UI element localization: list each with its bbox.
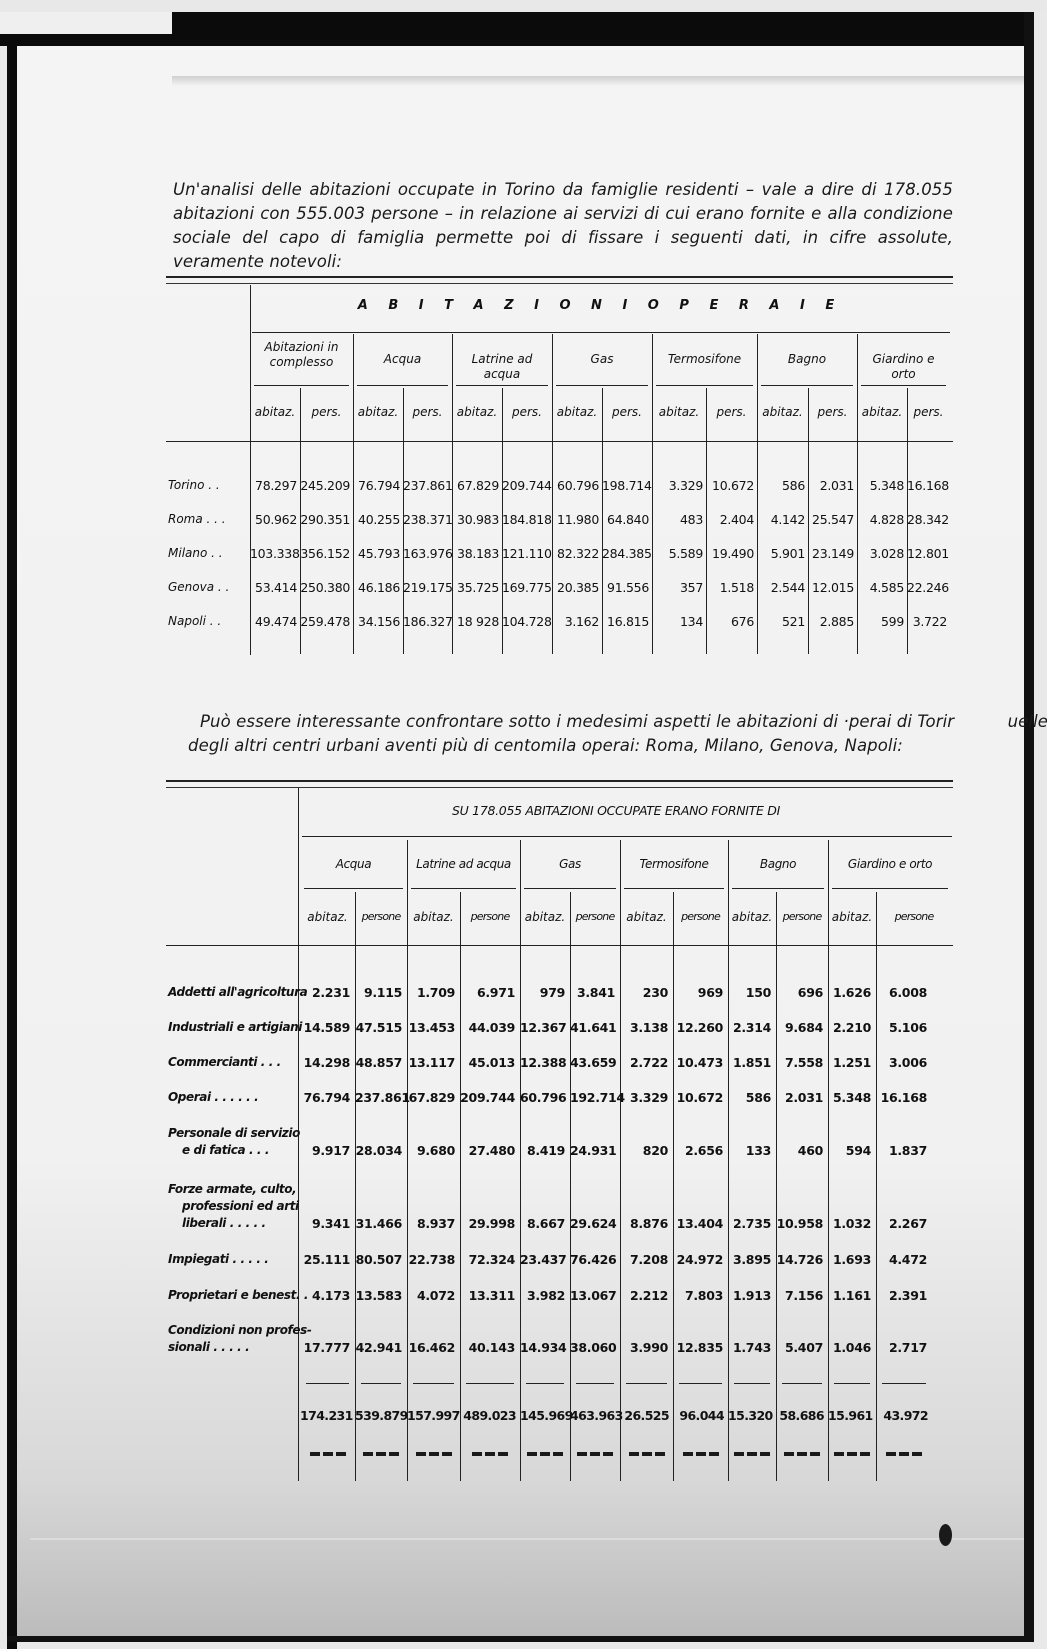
table2-cell: 1.032: [828, 1216, 871, 1231]
table2-subheader-persone: persone: [876, 910, 952, 923]
table2-cell: 2.656: [673, 1143, 723, 1158]
table1-group-underline: [761, 385, 853, 386]
table2-sub-divider: [460, 892, 461, 1481]
table1-cell: 121.110: [502, 546, 549, 561]
table2-total-cell: 463.963: [570, 1408, 616, 1423]
table2-total-dash: [310, 1452, 346, 1456]
table2-sub-divider: [673, 892, 674, 1481]
table1-cell: 22.246: [907, 580, 947, 595]
table2-total-cell: 157.997: [407, 1408, 456, 1423]
table1-cell: 10.672: [706, 478, 754, 493]
table2-cell: 14.726: [776, 1252, 823, 1267]
table2-cell: 8.667: [520, 1216, 565, 1231]
table2-row-label: professioni ed arti: [182, 1199, 299, 1213]
table1-cell: 4.585: [857, 580, 904, 595]
table2-cell: 12.835: [673, 1340, 723, 1355]
table1-cell: 16.815: [602, 614, 649, 629]
table2-cell: 594: [828, 1143, 871, 1158]
table2-row-label: Condizioni non profes-: [168, 1323, 311, 1337]
table2-total-rule: [466, 1383, 514, 1384]
scan-top-margin: [0, 0, 1047, 12]
table1-group-underline: [254, 385, 349, 386]
table2-group-header: Termosifone: [622, 857, 726, 871]
table2-cell: 9.684: [776, 1020, 823, 1035]
table1-cell: 25.547: [808, 512, 854, 527]
table2-cell: 13.117: [407, 1055, 455, 1070]
table1-label-divider: [250, 285, 251, 655]
scan-border-top-left: [0, 34, 172, 46]
table2-row-label: liberali . . . . .: [182, 1216, 266, 1230]
table1-subheader-pers: pers.: [602, 405, 652, 419]
table2-cell: 2.722: [620, 1055, 668, 1070]
table2-cell: 60.796: [520, 1090, 565, 1105]
table1-group-header: Termosifone: [654, 352, 755, 367]
table2-cell: 47.515: [355, 1020, 402, 1035]
table1-row-label: Roma . . .: [168, 512, 226, 526]
table1-title-rule: [252, 332, 950, 333]
table1-cell: 209.744: [502, 478, 549, 493]
table2-cell: 230: [620, 985, 668, 1000]
table2-total-rule: [526, 1383, 564, 1384]
table1-group-divider: [452, 334, 453, 654]
table2-cell: 9.115: [355, 985, 402, 1000]
table1-cell: 357: [652, 580, 703, 595]
table1-cell: 2.544: [757, 580, 805, 595]
table2-total-rule: [882, 1383, 926, 1384]
table2-cell: 41.641: [570, 1020, 615, 1035]
table2-cell: 42.941: [355, 1340, 402, 1355]
table2-cell: 1.251: [828, 1055, 871, 1070]
table2-total-rule: [782, 1383, 822, 1384]
table1-cell: 184.818: [502, 512, 549, 527]
table1-cell: 11.980: [552, 512, 599, 527]
table2-total-dash: [416, 1452, 452, 1456]
table2-cell: 2.267: [876, 1216, 927, 1231]
table1-cell: 67.829: [452, 478, 499, 493]
table1-cell: 12.015: [808, 580, 854, 595]
table2-group-header: Latrine ad acqua: [409, 857, 518, 871]
scan-border-right: [1024, 12, 1034, 1637]
table2-cell: 2.314: [728, 1020, 771, 1035]
table1-cell: 169.775: [502, 580, 549, 595]
table2-subheader-abitaz: abitaz.: [828, 910, 876, 924]
table1-cell: 238.371: [403, 512, 449, 527]
table2-cell: 8.937: [407, 1216, 455, 1231]
table2-total-rule: [361, 1383, 401, 1384]
table2-cell: 192.714: [570, 1090, 615, 1105]
table2-total-rule: [626, 1383, 667, 1384]
table1-title: A B I T A Z I O N I O P E R A I E: [250, 298, 950, 313]
table2-cell: 696: [776, 985, 823, 1000]
table2-title: SU 178.055 ABITAZIONI OCCUPATE ERANO FOR…: [300, 803, 932, 818]
second-paragraph-line-2: degli altri centri urbani aventi più di …: [188, 734, 965, 758]
table2-cell: 820: [620, 1143, 668, 1158]
table1-group-header: Bagno: [759, 352, 855, 367]
table2-cell: 6.971: [460, 985, 515, 1000]
table2-group-divider: [520, 840, 521, 1481]
table2-cell: 1.693: [828, 1252, 871, 1267]
table2-cell: 1.161: [828, 1288, 871, 1303]
table1-cell: 3.162: [552, 614, 599, 629]
table1-cell: 3.028: [857, 546, 904, 561]
table2-row-label: Proprietari e benest. .: [168, 1288, 308, 1302]
table1-cell: 104.728: [502, 614, 549, 629]
table1-group-underline: [456, 385, 548, 386]
table2-cell: 25.111: [300, 1252, 350, 1267]
table2-sub-divider: [355, 892, 356, 1481]
table2-total-dash: [834, 1452, 870, 1456]
table2-total-dash: [683, 1452, 719, 1456]
table2-total-rule: [306, 1383, 349, 1384]
table2-row-label: Industriali e artigiani: [168, 1020, 302, 1034]
table2-group-header: Bagno: [730, 857, 826, 871]
table1-row-label: Milano . .: [168, 546, 223, 560]
table1-cell: 12.801: [907, 546, 947, 561]
second-paragraph: Può essere interessante confrontare sott…: [200, 710, 965, 758]
scan-spot: [939, 1524, 952, 1546]
table2-cell: 4.173: [300, 1288, 350, 1303]
table1-subheader-pers: pers.: [808, 405, 857, 419]
table1-cell: 18 928: [452, 614, 499, 629]
table2-cell: 5.348: [828, 1090, 871, 1105]
table1-cell: 60.796: [552, 478, 599, 493]
table1-group-divider: [857, 334, 858, 654]
intro-paragraph: Un'analisi delle abitazioni occupate in …: [173, 178, 953, 274]
table1-cell: 4.828: [857, 512, 904, 527]
table2-sub-divider: [570, 892, 571, 1481]
table1-cell: 250.380: [300, 580, 350, 595]
table1-cell: 5.589: [652, 546, 703, 561]
table1-cell: 91.556: [602, 580, 649, 595]
table2-cell: 150: [728, 985, 771, 1000]
table1-cell: 82.322: [552, 546, 599, 561]
table2-cell: 48.857: [355, 1055, 402, 1070]
table2-cell: 29.998: [460, 1216, 515, 1231]
second-paragraph-line-1: Può essere interessante confrontare sott…: [200, 710, 965, 734]
table2-total-cell: 145.969: [520, 1408, 566, 1423]
table1-subheader-pers: pers.: [300, 405, 353, 419]
table2-cell: 979: [520, 985, 565, 1000]
table1-cell: 219.175: [403, 580, 449, 595]
table2-cell: 28.034: [355, 1143, 402, 1158]
table2-cell: 16.462: [407, 1340, 455, 1355]
table2-cell: 7.208: [620, 1252, 668, 1267]
table2-cell: 16.168: [876, 1090, 927, 1105]
table2-subheader-abitaz: abitaz.: [407, 910, 460, 924]
table2-total-cell: 15.961: [828, 1408, 872, 1423]
table2-cell: 3.895: [728, 1252, 771, 1267]
table2-cell: 67.829: [407, 1090, 455, 1105]
table2-cell: 2.717: [876, 1340, 927, 1355]
table2-subheader-abitaz: abitaz.: [728, 910, 776, 924]
table2-row-label: sionali . . . . .: [168, 1340, 249, 1354]
table2-cell: 24.931: [570, 1143, 615, 1158]
table2-cell: 44.039: [460, 1020, 515, 1035]
table1-group-underline: [357, 385, 448, 386]
table2-cell: 7.803: [673, 1288, 723, 1303]
table2-cell: 586: [728, 1090, 771, 1105]
table1-top-rule: [166, 276, 953, 284]
table2-cell: 12.367: [520, 1020, 565, 1035]
table1-row-label: Torino . .: [168, 478, 220, 492]
table2-cell: 3.006: [876, 1055, 927, 1070]
table2-cell: 27.480: [460, 1143, 515, 1158]
table1-cell: 237.861: [403, 478, 449, 493]
table2-cell: 1.709: [407, 985, 455, 1000]
table2-subheader-abitaz: abitaz.: [520, 910, 570, 924]
table2-row-label: e di fatica . . .: [182, 1143, 269, 1157]
table1-cell: 284.385: [602, 546, 649, 561]
scan-border-left: [7, 34, 17, 1649]
table2-total-cell: 15.320: [728, 1408, 772, 1423]
table2-cell: 9.917: [300, 1143, 350, 1158]
table1-cell: 521: [757, 614, 805, 629]
table2-row-label: Commercianti . . .: [168, 1055, 281, 1069]
table2-cell: 2.391: [876, 1288, 927, 1303]
table1-cell: 2.885: [808, 614, 854, 629]
table1-group-header: Latrine ad acqua: [454, 352, 550, 382]
table1-cell: 103.338: [250, 546, 297, 561]
table1-cell: 676: [706, 614, 754, 629]
table1-subheader-abitaz: abitaz.: [552, 405, 602, 419]
table2-cell: 209.744: [460, 1090, 515, 1105]
table2-cell: 133: [728, 1143, 771, 1158]
table2-cell: 7.156: [776, 1288, 823, 1303]
table2-cell: 14.298: [300, 1055, 350, 1070]
table1-group-divider: [353, 334, 354, 654]
table2-cell: 2.231: [300, 985, 350, 1000]
table2-cell: 10.473: [673, 1055, 723, 1070]
table1-cell: 49.474: [250, 614, 297, 629]
table1-cell: 586: [757, 478, 805, 493]
table1-cell: 20.385: [552, 580, 599, 595]
table1-cell: 3.329: [652, 478, 703, 493]
table2-total-rule: [734, 1383, 770, 1384]
table2-cell: 12.388: [520, 1055, 565, 1070]
table2-row-label: Addetti all'agricoltura: [168, 985, 307, 999]
table1-cell: 599: [857, 614, 904, 629]
table2-total-cell: 174.231: [300, 1408, 351, 1423]
table2-sub-divider: [776, 892, 777, 1481]
table2-cell: 2.031: [776, 1090, 823, 1105]
table2-group-header: Giardino e orto: [830, 857, 950, 871]
table2-total-dash: [527, 1452, 563, 1456]
table2-cell: 13.583: [355, 1288, 402, 1303]
table2-cell: 1.626: [828, 985, 871, 1000]
table1-cell: 28.342: [907, 512, 947, 527]
table2-cell: 2.735: [728, 1216, 771, 1231]
scan-border-bottom: [7, 1636, 1034, 1642]
table1-subheader-pers: pers.: [502, 405, 552, 419]
table2-total-rule: [834, 1383, 870, 1384]
table2-cell: 23.437: [520, 1252, 565, 1267]
table2-total-rule: [679, 1383, 722, 1384]
table2-group-underline: [832, 888, 948, 889]
table2-header-bottom-rule: [166, 945, 953, 946]
table1-cell: 50.962: [250, 512, 297, 527]
table2-cell: 7.558: [776, 1055, 823, 1070]
table2-total-dash: [472, 1452, 508, 1456]
table2-row-label: Forze armate, culto,: [168, 1182, 296, 1196]
table2-cell: 72.324: [460, 1252, 515, 1267]
table2-subheader-persone: persone: [460, 910, 520, 923]
table1-cell: 2.404: [706, 512, 754, 527]
table2-cell: 17.777: [300, 1340, 350, 1355]
table2-total-dash: [363, 1452, 399, 1456]
table2-total-cell: 26.525: [620, 1408, 669, 1423]
table2-cell: 12.260: [673, 1020, 723, 1035]
table2-group-divider: [728, 840, 729, 1481]
table1-cell: 245.209: [300, 478, 350, 493]
table2-title-rule: [302, 836, 952, 837]
table1-cell: 16.168: [907, 478, 947, 493]
table2-group-divider: [407, 840, 408, 1481]
table1-subheader-pers: pers.: [403, 405, 452, 419]
table1-cell: 40.255: [353, 512, 400, 527]
table1-cell: 163.976: [403, 546, 449, 561]
table1-group-header: Abitazioni in complesso: [252, 340, 351, 370]
table2-total-cell: 58.686: [776, 1408, 824, 1423]
table1-group-underline: [861, 385, 946, 386]
table2-total-dash: [784, 1452, 820, 1456]
table2-cell: 3.841: [570, 985, 615, 1000]
table2-subheader-persone: persone: [355, 910, 407, 923]
table2-cell: 1.913: [728, 1288, 771, 1303]
table2-cell: 4.472: [876, 1252, 927, 1267]
table2-cell: 237.861: [355, 1090, 402, 1105]
table2-cell: 1.743: [728, 1340, 771, 1355]
table2-cell: 1.046: [828, 1340, 871, 1355]
table1-cell: 134: [652, 614, 703, 629]
table2-cell: 3.329: [620, 1090, 668, 1105]
table2-total-dash: [629, 1452, 665, 1456]
table1-cell: 45.793: [353, 546, 400, 561]
table2-subheader-abitaz: abitaz.: [620, 910, 673, 924]
table2-cell: 24.972: [673, 1252, 723, 1267]
table2-cell: 2.210: [828, 1020, 871, 1035]
table2-total-cell: 43.972: [876, 1408, 928, 1423]
table2-group-underline: [524, 888, 616, 889]
table2-group-divider: [828, 840, 829, 1481]
table1-cell: 30.983: [452, 512, 499, 527]
table1-group-divider: [552, 334, 553, 654]
table2-cell: 76.426: [570, 1252, 615, 1267]
table2-cell: 76.794: [300, 1090, 350, 1105]
table2-cell: 6.008: [876, 985, 927, 1000]
table2-cell: 13.453: [407, 1020, 455, 1035]
table1-cell: 3.722: [907, 614, 947, 629]
table2-cell: 45.013: [460, 1055, 515, 1070]
table2-group-header: Acqua: [302, 857, 405, 871]
table1-cell: 1.518: [706, 580, 754, 595]
table2-total-cell: 539.879: [355, 1408, 403, 1423]
table2-group-divider: [620, 840, 621, 1481]
table2-total-cell: 489.023: [460, 1408, 516, 1423]
table1-cell: 259.478: [300, 614, 350, 629]
table1-cell: 35.725: [452, 580, 499, 595]
table2-row-label: Impiegati . . . . .: [168, 1252, 268, 1266]
table2-total-rule: [576, 1383, 614, 1384]
table2-group-underline: [624, 888, 724, 889]
table1-cell: 76.794: [353, 478, 400, 493]
table2-cell: 10.672: [673, 1090, 723, 1105]
table2-cell: 8.419: [520, 1143, 565, 1158]
table1-cell: 78.297: [250, 478, 297, 493]
table2-cell: 13.311: [460, 1288, 515, 1303]
table2-subheader-abitaz: abitaz.: [300, 910, 355, 924]
table1-cell: 290.351: [300, 512, 350, 527]
table1-group-header: Gas: [554, 352, 650, 367]
table1-row-label: Genova . .: [168, 580, 229, 594]
table2-cell: 460: [776, 1143, 823, 1158]
table1-subheader-abitaz: abitaz.: [757, 405, 808, 419]
table2-cell: 3.990: [620, 1340, 668, 1355]
table1-cell: 23.149: [808, 546, 854, 561]
table2-cell: 80.507: [355, 1252, 402, 1267]
table2-total-rule: [413, 1383, 454, 1384]
table2-cell: 29.624: [570, 1216, 615, 1231]
table1-cell: 5.901: [757, 546, 805, 561]
table2-top-rule: [166, 780, 953, 788]
table1-group-header: Giardino e orto: [859, 352, 948, 382]
table1-subheader-abitaz: abitaz.: [857, 405, 907, 419]
table1-cell: 19.490: [706, 546, 754, 561]
table2-group-underline: [411, 888, 516, 889]
table2-cell: 14.934: [520, 1340, 565, 1355]
table2-cell: 40.143: [460, 1340, 515, 1355]
table2-group-header: Gas: [522, 857, 618, 871]
table2-cell: 969: [673, 985, 723, 1000]
table2-total-cell: 96.044: [673, 1408, 724, 1423]
table1-cell: 34.156: [353, 614, 400, 629]
table1-group-header: Acqua: [355, 352, 450, 367]
table2-cell: 14.589: [300, 1020, 350, 1035]
table2-cell: 1.851: [728, 1055, 771, 1070]
table2-cell: 22.738: [407, 1252, 455, 1267]
table2-cell: 8.876: [620, 1216, 668, 1231]
table1-subheader-pers: pers.: [907, 405, 950, 419]
table1-subheader-abitaz: abitaz.: [250, 405, 300, 419]
table2-cell: 2.212: [620, 1288, 668, 1303]
table1-cell: 64.840: [602, 512, 649, 527]
scan-scratch: [30, 1538, 1024, 1540]
table2-row-label: Operai . . . . . .: [168, 1090, 258, 1104]
table2-cell: 3.982: [520, 1288, 565, 1303]
table1-cell: 53.414: [250, 580, 297, 595]
table1-cell: 483: [652, 512, 703, 527]
table2-total-dash: [734, 1452, 770, 1456]
table2-cell: 3.138: [620, 1020, 668, 1035]
table2-cell: 9.680: [407, 1143, 455, 1158]
table1-header-bottom-rule: [166, 441, 953, 442]
table1-cell: 356.152: [300, 546, 350, 561]
table1-subheader-abitaz: abitaz.: [452, 405, 502, 419]
table2-cell: 5.407: [776, 1340, 823, 1355]
table1-row-label: Napoli . .: [168, 614, 221, 628]
table2-sub-divider: [876, 892, 877, 1481]
table1-cell: 46.186: [353, 580, 400, 595]
table2-row-label: Personale di servizio: [168, 1126, 300, 1140]
page-shadow: [172, 76, 1024, 86]
table2-cell: 13.067: [570, 1288, 615, 1303]
table1-subheader-pers: pers.: [706, 405, 757, 419]
table1-cell: 2.031: [808, 478, 854, 493]
table2-cell: 10.958: [776, 1216, 823, 1231]
table1-subheader-abitaz: abitaz.: [652, 405, 706, 419]
table1-group-underline: [556, 385, 648, 386]
table2-cell: 13.404: [673, 1216, 723, 1231]
table2-cell: 1.837: [876, 1143, 927, 1158]
